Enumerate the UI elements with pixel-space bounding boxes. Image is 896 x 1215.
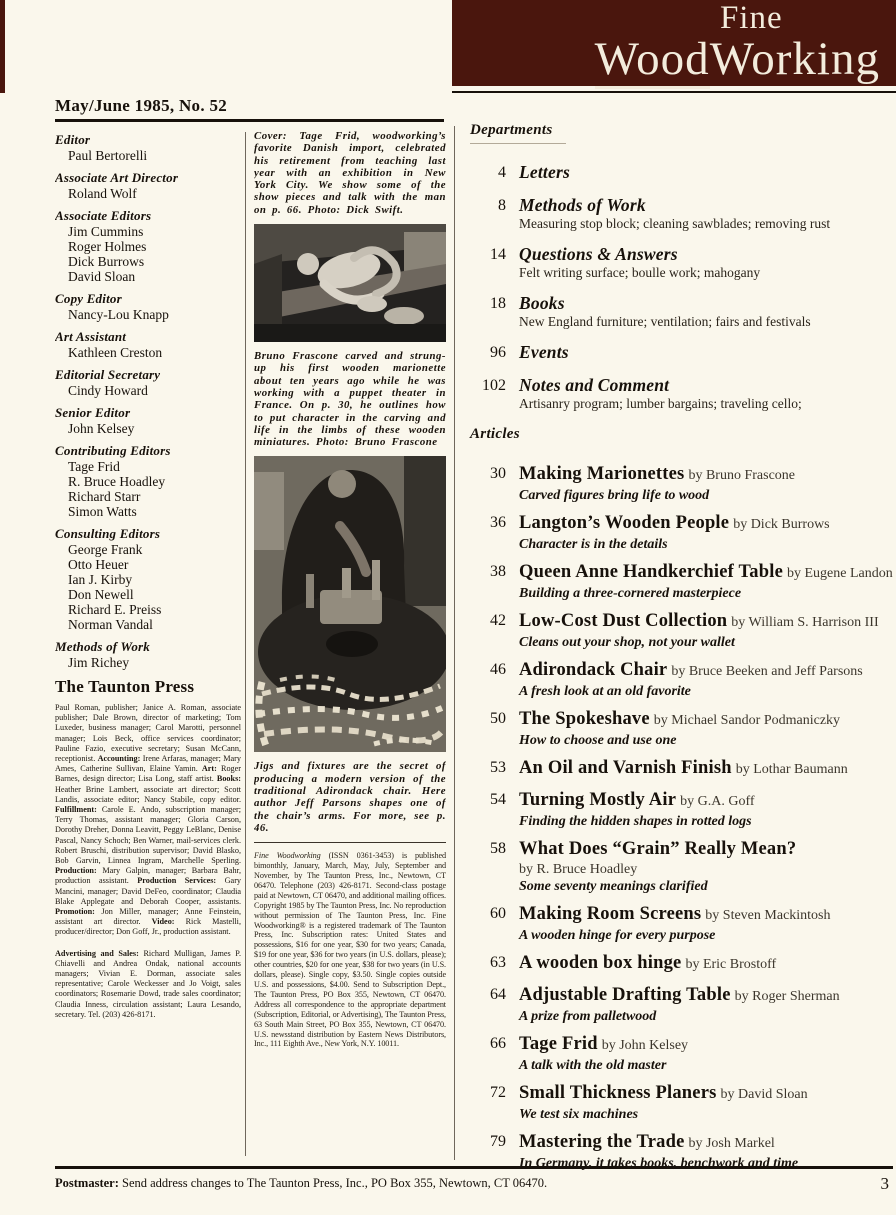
article-page-number: 53 xyxy=(470,757,506,781)
article-byline: by William S. Harrison III xyxy=(731,615,878,630)
article-page-number: 30 xyxy=(470,463,506,504)
masthead-role-names: George FrankOtto HeuerIan J. KirbyDon Ne… xyxy=(55,542,241,632)
article-title: Low-Cost Dust Collection xyxy=(519,611,727,631)
department-entry: 18 Books New England furniture; ventilat… xyxy=(470,293,894,330)
taunton-text-segment: Fulfillment: xyxy=(55,805,97,814)
logo-word-working: Working xyxy=(710,33,880,85)
article-byline: by Steven Mackintosh xyxy=(705,908,830,923)
article-byline: by John Kelsey xyxy=(602,1038,688,1053)
article-title: Tage Frid xyxy=(519,1034,598,1054)
masthead-role-names: Paul Bertorelli xyxy=(55,148,241,163)
article-byline: by David Sloan xyxy=(721,1087,808,1102)
masthead-name: Roger Holmes xyxy=(55,239,241,254)
department-body: Letters xyxy=(519,162,894,183)
logo-word-fine: Fine xyxy=(609,1,894,35)
article-body: Turning Mostly Air by G.A. Goff Finding … xyxy=(519,789,894,830)
department-page-number: 8 xyxy=(470,195,506,232)
article-entry: 58 What Does “Grain” Really Mean? by R. … xyxy=(470,838,894,895)
article-title-line: Low-Cost Dust Collection by William S. H… xyxy=(519,610,894,634)
department-title: Books xyxy=(519,293,894,314)
article-body: Queen Anne Handkerchief Table by Eugene … xyxy=(519,561,894,602)
masthead-name: Otto Heuer xyxy=(55,557,241,572)
masthead-role: Art Assistant Kathleen Creston xyxy=(55,329,241,360)
masthead-role: Editorial Secretary Cindy Howard xyxy=(55,367,241,398)
article-entry: 54 Turning Mostly Air by G.A. Goff Findi… xyxy=(470,789,894,830)
masthead-role-names: Jim Richey xyxy=(55,655,241,670)
articles-heading: Articles xyxy=(470,426,894,443)
article-title-line: Langton’s Wooden People by Dick Burrows xyxy=(519,512,894,536)
department-title: Letters xyxy=(519,162,894,183)
taunton-text-segment: Accounting: xyxy=(98,754,141,763)
taunton-staff-paragraph: Paul Roman, publisher; Janice A. Roman, … xyxy=(55,703,241,938)
masthead-role-title: Associate Art Director xyxy=(55,170,241,186)
department-title: Questions & Answers xyxy=(519,244,894,265)
article-byline: by Dick Burrows xyxy=(733,517,829,532)
article-subtitle: Carved figures bring life to wood xyxy=(519,487,894,504)
department-subtitle: Felt writing surface; boulle work; mahog… xyxy=(519,265,894,281)
article-title-line: Queen Anne Handkerchief Table by Eugene … xyxy=(519,561,894,585)
taunton-text-segment: Heather Brine Lambert, associate art dir… xyxy=(55,785,241,804)
article-byline: by Bruce Beeken and Jeff Parsons xyxy=(671,664,862,679)
article-subtitle: A talk with the old master xyxy=(519,1057,894,1074)
workshop-photo xyxy=(254,456,446,752)
masthead-name: Nancy-Lou Knapp xyxy=(55,307,241,322)
article-subtitle: We test six machines xyxy=(519,1106,894,1123)
article-body: Low-Cost Dust Collection by William S. H… xyxy=(519,610,894,651)
article-entry: 42 Low-Cost Dust Collection by William S… xyxy=(470,610,894,651)
taunton-text-segment: Advertising and Sales: xyxy=(55,949,139,958)
article-title: Adjustable Drafting Table xyxy=(519,985,731,1005)
masthead-role-title: Contributing Editors xyxy=(55,443,241,459)
masthead-name: Richard Starr xyxy=(55,489,241,504)
department-page-number: 96 xyxy=(470,342,506,363)
fine-print-lead: Fine Woodworking xyxy=(254,851,321,860)
article-subtitle: In Germany, it takes books, benchwork an… xyxy=(519,1155,894,1172)
department-entry: 96 Events xyxy=(470,342,894,363)
department-title: Methods of Work xyxy=(519,195,894,216)
cover-caption: Cover: Tage Frid, woodworking’s favorite… xyxy=(254,130,446,216)
article-title: Adirondack Chair xyxy=(519,660,667,680)
taunton-text-segment: Video: xyxy=(152,917,175,926)
masthead-role: Copy Editor Nancy-Lou Knapp xyxy=(55,291,241,322)
masthead-name: Kathleen Creston xyxy=(55,345,241,360)
fine-print-body: (ISSN 0361-3453) is published bimonthly,… xyxy=(254,851,446,1048)
article-title: The Spokeshave xyxy=(519,709,650,729)
article-title-line: Adirondack Chair by Bruce Beeken and Jef… xyxy=(519,659,894,683)
column-divider xyxy=(454,126,455,1160)
article-title-line: Adjustable Drafting Table by Roger Sherm… xyxy=(519,984,894,1008)
department-subtitle: New England furniture; ventilation; fair… xyxy=(519,314,894,330)
taunton-text-segment: Production Services: xyxy=(137,876,216,885)
article-subtitle: Character is in the details xyxy=(519,536,894,553)
article-body: Adjustable Drafting Table by Roger Sherm… xyxy=(519,984,894,1025)
article-page-number: 50 xyxy=(470,708,506,749)
articles-list: 30 Making Marionettes by Bruno Frascone … xyxy=(470,463,894,1172)
footer: 3 Postmaster: Send address changes to Th… xyxy=(55,1176,893,1196)
masthead-roles: Editor Paul Bertorelli Associate Art Dir… xyxy=(55,132,241,670)
masthead-name: Norman Vandal xyxy=(55,617,241,632)
department-page-number: 102 xyxy=(470,375,506,412)
article-page-number: 38 xyxy=(470,561,506,602)
department-page-number: 14 xyxy=(470,244,506,281)
logo-word-wood: Wood xyxy=(595,33,710,89)
article-page-number: 72 xyxy=(470,1082,506,1123)
article-subtitle: A wooden hinge for every purpose xyxy=(519,927,894,944)
masthead-name: Richard E. Preiss xyxy=(55,602,241,617)
article-title-line: Making Marionettes by Bruno Frascone xyxy=(519,463,894,487)
article-page-number: 63 xyxy=(470,952,506,976)
article-title-line: Tage Frid by John Kelsey xyxy=(519,1033,894,1057)
cover-column: Cover: Tage Frid, woodworking’s favorite… xyxy=(254,130,446,1167)
article-subtitle: Cleans out your shop, not your wallet xyxy=(519,634,894,651)
postmaster-text: Send address changes to The Taunton Pres… xyxy=(122,1176,547,1190)
article-byline: by Bruno Frascone xyxy=(688,468,795,483)
article-page-number: 54 xyxy=(470,789,506,830)
article-entry: 66 Tage Frid by John Kelsey A talk with … xyxy=(470,1033,894,1074)
masthead-role: Associate Editors Jim CumminsRoger Holme… xyxy=(55,208,241,284)
masthead-name: Dick Burrows xyxy=(55,254,241,269)
masthead-role-names: Roland Wolf xyxy=(55,186,241,201)
article-page-number: 42 xyxy=(470,610,506,651)
taunton-advertising-paragraph: Advertising and Sales: Richard Mulligan,… xyxy=(55,949,241,1020)
department-body: Notes and Comment Artisanry program; lum… xyxy=(519,375,894,412)
article-subtitle: A prize from palletwood xyxy=(519,1008,894,1025)
masthead-role-names: Kathleen Creston xyxy=(55,345,241,360)
article-body: An Oil and Varnish Finish by Lothar Baum… xyxy=(519,757,894,781)
article-body: Making Marionettes by Bruno Frascone Car… xyxy=(519,463,894,504)
fine-woodworking-logo: Fine WoodWorking xyxy=(595,1,880,83)
article-body: Tage Frid by John Kelsey A talk with the… xyxy=(519,1033,894,1074)
issue-date: May/June 1985, No. 52 xyxy=(55,96,227,116)
article-title-line: Turning Mostly Air by G.A. Goff xyxy=(519,789,894,813)
departments-list: 4 Letters 8 Methods of Work Measuring st… xyxy=(470,162,894,412)
departments-heading-rule xyxy=(470,143,566,144)
masthead-role-names: Jim CumminsRoger HolmesDick BurrowsDavid… xyxy=(55,224,241,284)
article-entry: 46 Adirondack Chair by Bruce Beeken and … xyxy=(470,659,894,700)
folio-page-number: 3 xyxy=(881,1174,890,1194)
masthead-role-names: Cindy Howard xyxy=(55,383,241,398)
masthead-name: R. Bruce Hoadley xyxy=(55,474,241,489)
fine-print-rule xyxy=(254,842,446,843)
masthead-name: Jim Richey xyxy=(55,655,241,670)
taunton-text-segment: Production: xyxy=(55,866,97,875)
taunton-text-segment: Art: xyxy=(202,764,217,773)
article-byline: by Lothar Baumann xyxy=(736,762,848,777)
masthead-role-title: Art Assistant xyxy=(55,329,241,345)
masthead-name: Don Newell xyxy=(55,587,241,602)
department-page-number: 18 xyxy=(470,293,506,330)
article-entry: 36 Langton’s Wooden People by Dick Burro… xyxy=(470,512,894,553)
article-body: Small Thickness Planers by David Sloan W… xyxy=(519,1082,894,1123)
article-title: Turning Mostly Air xyxy=(519,790,676,810)
masthead-name: Simon Watts xyxy=(55,504,241,519)
article-entry: 64 Adjustable Drafting Table by Roger Sh… xyxy=(470,984,894,1025)
masthead-role-title: Copy Editor xyxy=(55,291,241,307)
masthead-name: Cindy Howard xyxy=(55,383,241,398)
masthead-name: John Kelsey xyxy=(55,421,241,436)
masthead-role-names: Tage FridR. Bruce HoadleyRichard StarrSi… xyxy=(55,459,241,519)
department-body: Books New England furniture; ventilation… xyxy=(519,293,894,330)
magazine-contents-page: Fine WoodWorking May/June 1985, No. 52 E… xyxy=(0,0,896,1215)
taunton-press-heading: The Taunton Press xyxy=(55,677,241,697)
masthead-role-title: Editorial Secretary xyxy=(55,367,241,383)
taunton-press-section: The Taunton Press Paul Roman, publisher;… xyxy=(55,677,241,1020)
masthead-role-title: Associate Editors xyxy=(55,208,241,224)
workshop-photo-caption: Jigs and fixtures are the secret of prod… xyxy=(254,760,446,834)
masthead-role: Contributing Editors Tage FridR. Bruce H… xyxy=(55,443,241,519)
column-divider xyxy=(245,132,246,1156)
masthead-name: David Sloan xyxy=(55,269,241,284)
article-entry: 50 The Spokeshave by Michael Sandor Podm… xyxy=(470,708,894,749)
masthead-name: Ian J. Kirby xyxy=(55,572,241,587)
issue-date-rule xyxy=(55,119,444,122)
masthead-role: Associate Art Director Roland Wolf xyxy=(55,170,241,201)
department-body: Events xyxy=(519,342,894,363)
department-entry: 102 Notes and Comment Artisanry program;… xyxy=(470,375,894,412)
article-entry: 30 Making Marionettes by Bruno Frascone … xyxy=(470,463,894,504)
departments-heading: Departments xyxy=(470,122,894,139)
article-title: Queen Anne Handkerchief Table xyxy=(519,562,783,582)
marionette-photo xyxy=(254,224,446,342)
department-title: Notes and Comment xyxy=(519,375,894,396)
masthead-name: Paul Bertorelli xyxy=(55,148,241,163)
article-page-number: 58 xyxy=(470,838,506,895)
article-page-number: 64 xyxy=(470,984,506,1025)
article-entry: 72 Small Thickness Planers by David Sloa… xyxy=(470,1082,894,1123)
article-title-line: Mastering the Trade by Josh Markel xyxy=(519,1131,894,1155)
article-entry: 53 An Oil and Varnish Finish by Lothar B… xyxy=(470,757,894,781)
department-title: Events xyxy=(519,342,894,363)
article-title: An Oil and Varnish Finish xyxy=(519,758,732,778)
masthead-role: Consulting Editors George FrankOtto Heue… xyxy=(55,526,241,632)
masthead-column: Editor Paul Bertorelli Associate Art Dir… xyxy=(55,132,241,1162)
article-title: Making Marionettes xyxy=(519,464,684,484)
taunton-text-segment: Carole E. Ando, subscription manager; Te… xyxy=(55,805,241,865)
article-title-line: What Does “Grain” Really Mean? by R. Bru… xyxy=(519,838,894,878)
article-body: A wooden box hinge by Eric Brostoff xyxy=(519,952,894,976)
department-subtitle: Measuring stop block; cleaning sawblades… xyxy=(519,216,894,232)
masthead-name: Jim Cummins xyxy=(55,224,241,239)
masthead-role-names: John Kelsey xyxy=(55,421,241,436)
article-title-line: A wooden box hinge by Eric Brostoff xyxy=(519,952,894,976)
taunton-text-segment: Books: xyxy=(217,774,241,783)
article-entry: 63 A wooden box hinge by Eric Brostoff xyxy=(470,952,894,976)
masthead-role: Editor Paul Bertorelli xyxy=(55,132,241,163)
article-title-line: Making Room Screens by Steven Mackintosh xyxy=(519,903,894,927)
masthead-role-title: Consulting Editors xyxy=(55,526,241,542)
banner-rule xyxy=(452,91,896,93)
article-byline: by R. Bruce Hoadley xyxy=(519,861,894,878)
article-title: What Does “Grain” Really Mean? xyxy=(519,839,796,859)
article-subtitle: Finding the hidden shapes in rotted logs xyxy=(519,813,894,830)
article-title: Langton’s Wooden People xyxy=(519,513,729,533)
article-body: Adirondack Chair by Bruce Beeken and Jef… xyxy=(519,659,894,700)
article-body: Making Room Screens by Steven Mackintosh… xyxy=(519,903,894,944)
article-title-line: The Spokeshave by Michael Sandor Podmani… xyxy=(519,708,894,732)
article-body: What Does “Grain” Really Mean? by R. Bru… xyxy=(519,838,894,895)
article-byline: by Eric Brostoff xyxy=(685,957,776,972)
article-page-number: 66 xyxy=(470,1033,506,1074)
department-entry: 4 Letters xyxy=(470,162,894,183)
article-title: Small Thickness Planers xyxy=(519,1083,717,1103)
masthead-name: George Frank xyxy=(55,542,241,557)
article-entry: 38 Queen Anne Handkerchief Table by Euge… xyxy=(470,561,894,602)
masthead-name: Tage Frid xyxy=(55,459,241,474)
article-byline: by Michael Sandor Podmaniczky xyxy=(654,713,840,728)
postmaster-label: Postmaster: xyxy=(55,1176,119,1190)
masthead-role: Senior Editor John Kelsey xyxy=(55,405,241,436)
masthead-banner: Fine WoodWorking xyxy=(452,0,896,86)
article-byline: by Eugene Landon xyxy=(787,566,893,581)
logo-word-woodworking: WoodWorking xyxy=(595,35,880,83)
masthead-role-title: Methods of Work xyxy=(55,639,241,655)
masthead-role-names: Nancy-Lou Knapp xyxy=(55,307,241,322)
masthead-role: Methods of Work Jim Richey xyxy=(55,639,241,670)
department-entry: 14 Questions & Answers Felt writing surf… xyxy=(470,244,894,281)
masthead-role-title: Editor xyxy=(55,132,241,148)
department-subtitle: Artisanry program; lumber bargains; trav… xyxy=(519,396,894,412)
contents-column: Departments 4 Letters 8 Methods of Work … xyxy=(470,122,894,1180)
article-title-line: Small Thickness Planers by David Sloan xyxy=(519,1082,894,1106)
article-title: A wooden box hinge xyxy=(519,953,681,973)
department-body: Methods of Work Measuring stop block; cl… xyxy=(519,195,894,232)
article-page-number: 60 xyxy=(470,903,506,944)
article-body: Langton’s Wooden People by Dick Burrows … xyxy=(519,512,894,553)
article-title: Mastering the Trade xyxy=(519,1132,684,1152)
taunton-text-segment: Promotion: xyxy=(55,907,95,916)
article-subtitle: Some seventy meanings clarified xyxy=(519,878,894,895)
article-entry: 60 Making Room Screens by Steven Mackint… xyxy=(470,903,894,944)
masthead-name: Roland Wolf xyxy=(55,186,241,201)
publication-fine-print: Fine Woodworking (ISSN 0361-3453) is pub… xyxy=(254,851,446,1049)
article-byline: by Roger Sherman xyxy=(735,989,840,1004)
article-page-number: 46 xyxy=(470,659,506,700)
article-subtitle: A fresh look at an old favorite xyxy=(519,683,894,700)
department-page-number: 4 xyxy=(470,162,506,183)
article-body: The Spokeshave by Michael Sandor Podmani… xyxy=(519,708,894,749)
department-entry: 8 Methods of Work Measuring stop block; … xyxy=(470,195,894,232)
department-body: Questions & Answers Felt writing surface… xyxy=(519,244,894,281)
masthead-role-title: Senior Editor xyxy=(55,405,241,421)
marionette-photo-caption: Bruno Frascone carved and strung-up his … xyxy=(254,350,446,448)
article-subtitle: Building a three-cornered masterpiece xyxy=(519,585,894,602)
left-edge-bleed xyxy=(0,0,5,93)
article-byline: by G.A. Goff xyxy=(680,794,754,809)
article-byline: by Josh Markel xyxy=(688,1136,774,1151)
article-page-number: 36 xyxy=(470,512,506,553)
footer-rule xyxy=(55,1166,893,1169)
article-title-line: An Oil and Varnish Finish by Lothar Baum… xyxy=(519,757,894,781)
article-subtitle: How to choose and use one xyxy=(519,732,894,749)
taunton-text-segment: Richard Mulligan, James P. Chiavelli and… xyxy=(55,949,241,1019)
article-title: Making Room Screens xyxy=(519,904,701,924)
